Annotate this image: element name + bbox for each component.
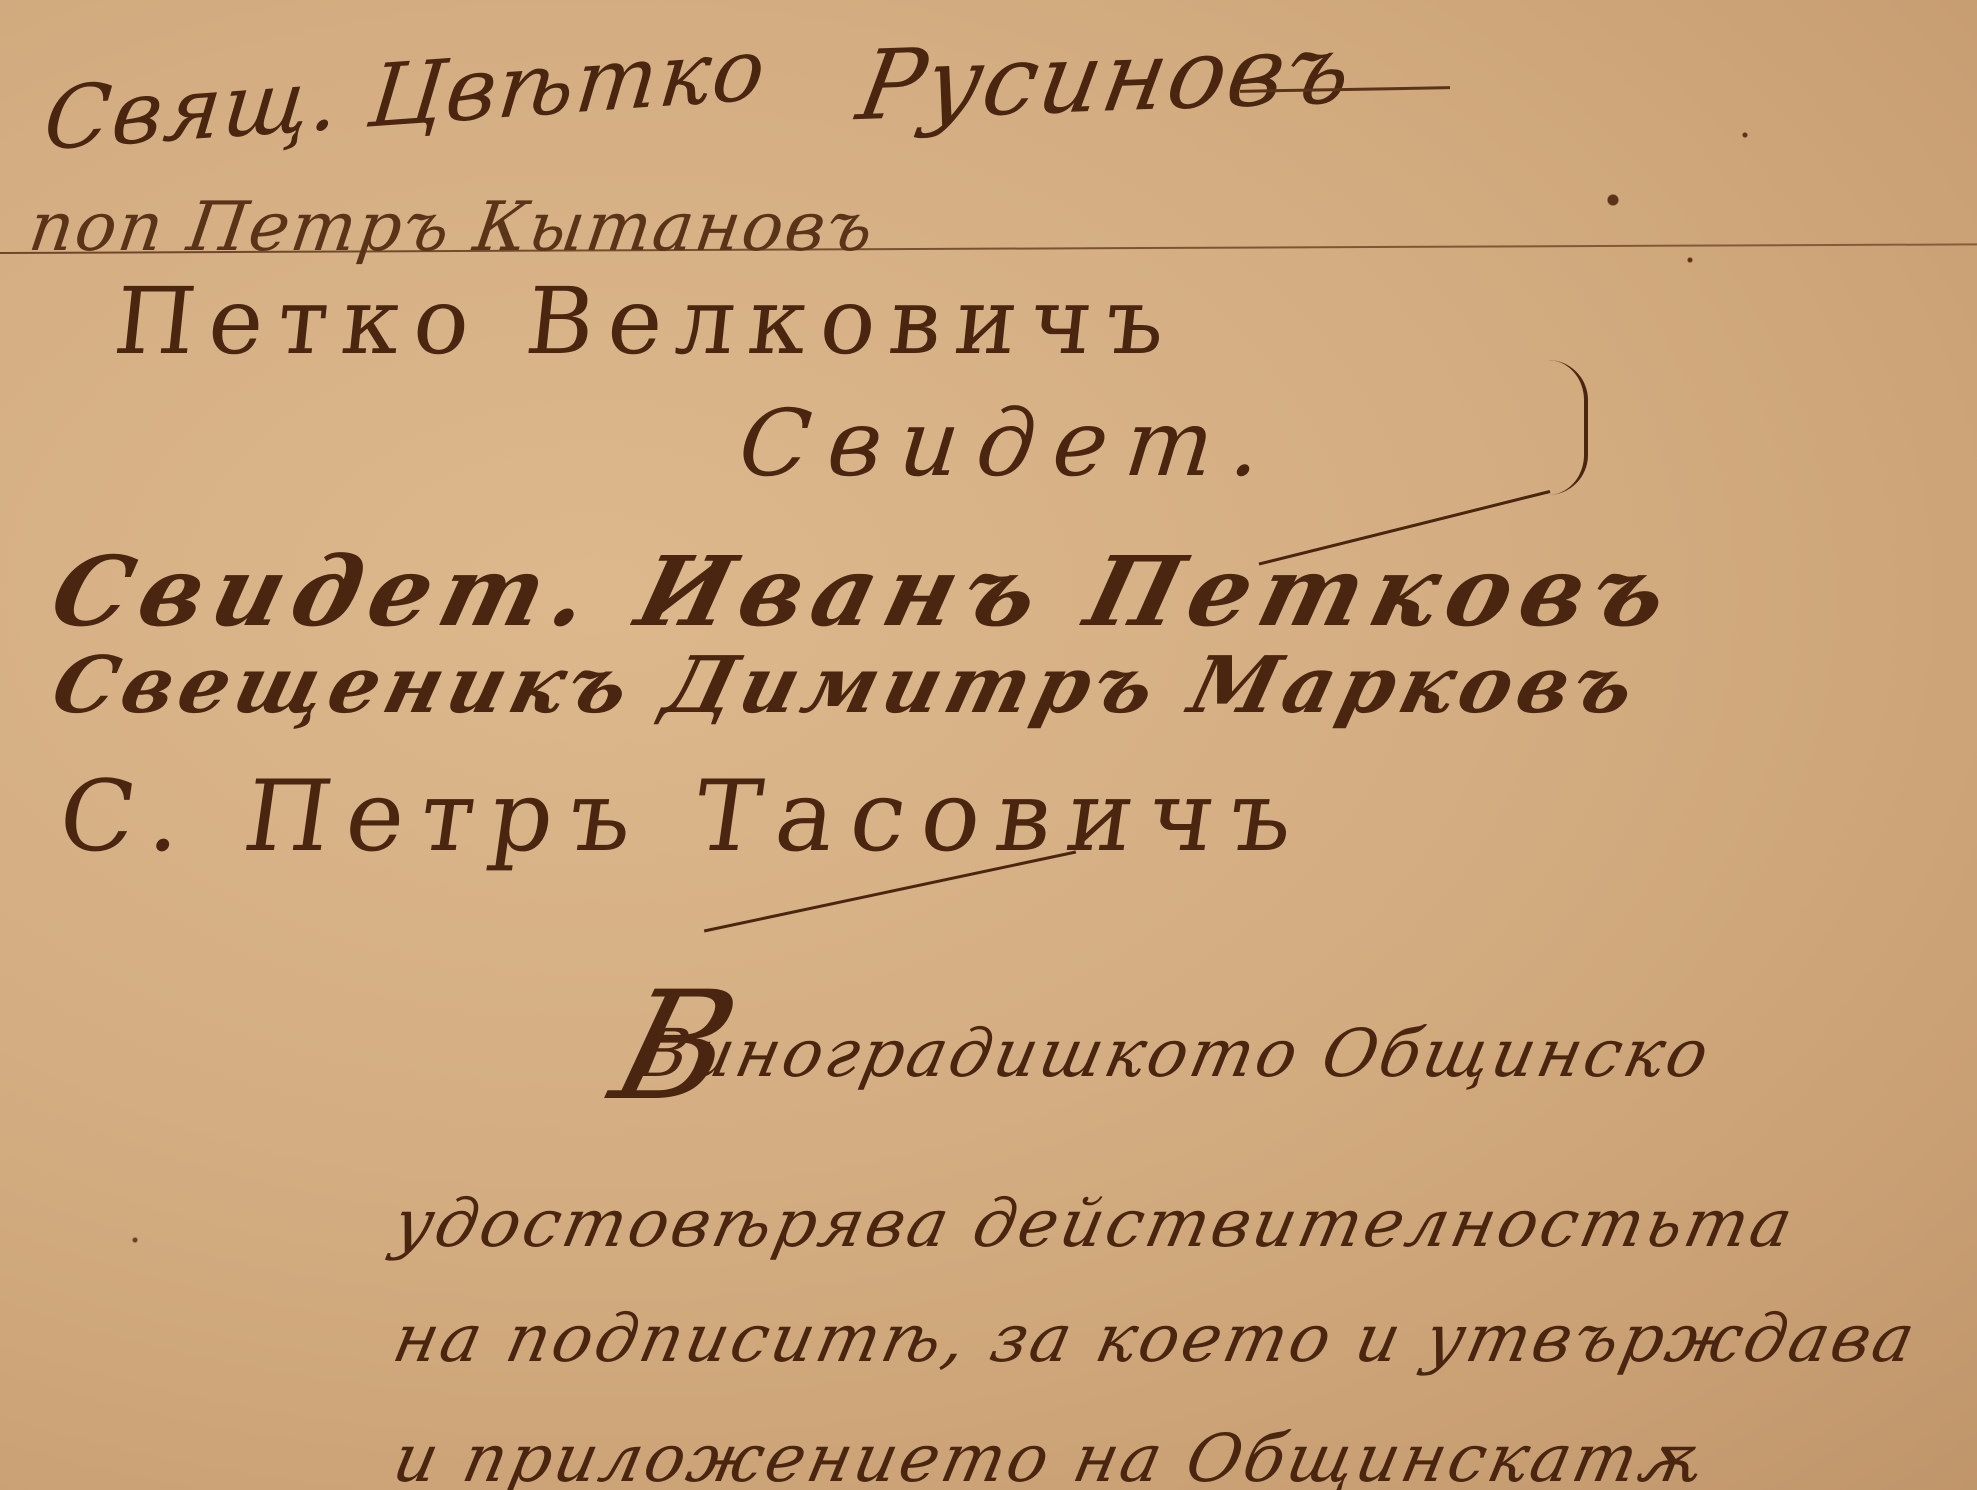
signature-petar-kitanov: поп Петръ Кытановъ	[24, 188, 879, 267]
attestation-line-1: Виноградишкото Общинско	[632, 1015, 1718, 1092]
signature-petar-tasovich: С. Петръ Тасовичъ	[52, 760, 1317, 874]
signature-dimitar-markov: Свещеникъ Димитръ Марковъ	[44, 640, 1650, 731]
signature-tsvetko-rusinov-part2: Русиновъ	[850, 12, 1362, 142]
signature-witness-label: Свидет.	[734, 390, 1284, 497]
signature-bracket	[1540, 360, 1588, 495]
attestation-line-3: на подписитѣ, за което и утвърждава	[387, 1300, 1924, 1377]
signature-tsvetko-rusinov-part1: Свящ. Цвѣтко	[40, 19, 772, 170]
signature-ivan-petkov: Свидет. Иванъ Петковъ	[41, 535, 1689, 648]
signature-petko-velkovich: Петко Велковичъ	[109, 268, 1184, 375]
attestation-line-2: удостовѣрява действителностьта	[387, 1185, 1802, 1262]
attestation-line-4: и приложението на Общинскатѫ	[387, 1420, 1712, 1490]
